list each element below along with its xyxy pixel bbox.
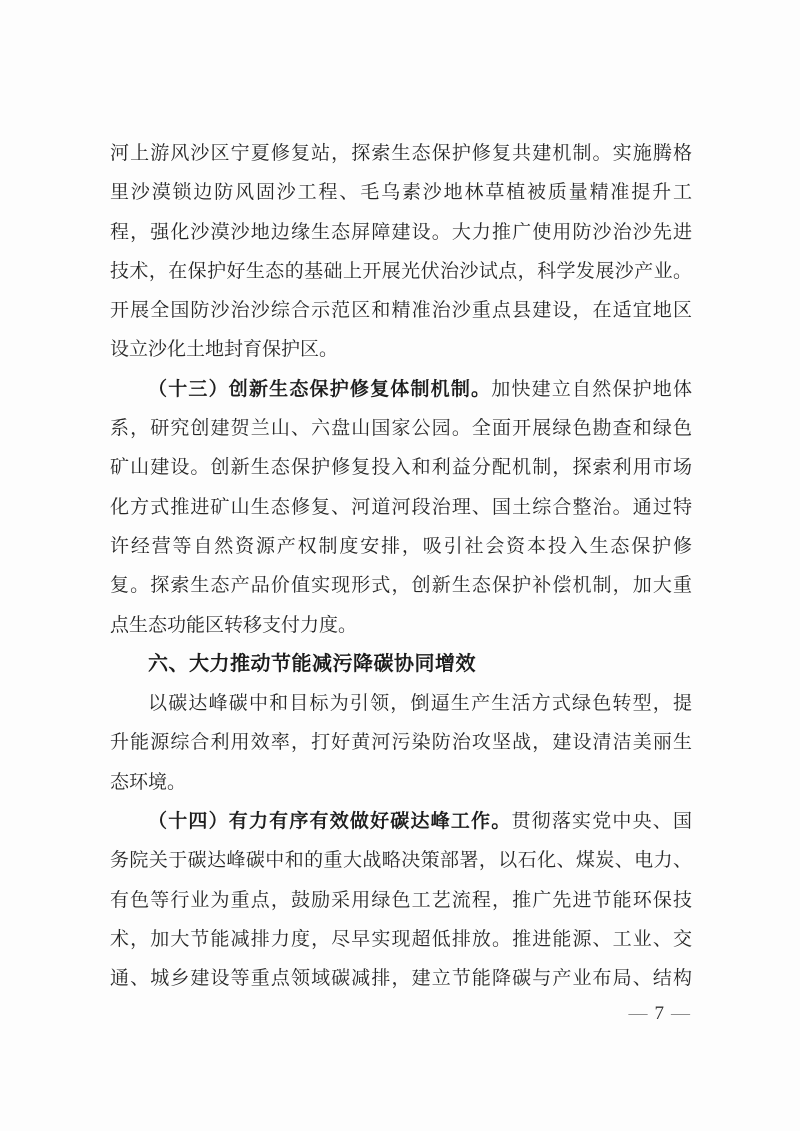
text-line: （十四）有力有序有效做好碳达峰工作。贯彻落实党中央、国 [110,802,692,841]
text-line: 里沙漠锁边防风固沙工程、毛乌素沙地林草植被质量精准提升工 [110,173,692,212]
text-line: 许经营等自然资源产权制度安排，吸引社会资本投入生态保护修 [110,527,692,566]
text-line: 复。探索生态产品价值实现形式，创新生态保护补偿机制，加大重 [110,566,692,605]
page-number-value: 7 [655,1003,665,1024]
text-line: 矿山建设。创新生态保护修复投入和利益分配机制，探索利用市场 [110,448,692,487]
paragraph-lead: （十三）创新生态保护修复体制机制。 [148,379,491,400]
section-heading: 六、大力推动节能减污降碳协同增效 [110,645,692,684]
text-line: 点生态功能区转移支付力度。 [110,606,692,645]
text-line: 通、城乡建设等重点领域碳减排，建立节能降碳与产业布局、结构 [110,959,692,998]
document-body: 河上游风沙区宁夏修复站，探索生态保护修复共建机制。实施腾格里沙漠锁边防风固沙工程… [110,134,692,999]
text-line: 化方式推进矿山生态修复、河道河段治理、国土综合整治。通过特 [110,488,692,527]
text-line: 开展全国防沙治沙综合示范区和精准治沙重点县建设，在适宜地区 [110,291,692,330]
text-line: 设立沙化土地封育保护区。 [110,330,692,369]
page-number: —7— [629,1002,691,1026]
text-line: 系，研究创建贺兰山、六盘山国家公园。全面开展绿色勘查和绿色 [110,409,692,448]
paragraph-lead: （十四）有力有序有效做好碳达峰工作。 [148,811,511,832]
text-line: 以碳达峰碳中和目标为引领，倒逼生产生活方式绿色转型，提 [110,684,692,723]
text-line: （十三）创新生态保护修复体制机制。加快建立自然保护地体 [110,370,692,409]
page-number-dash-left: — [629,1003,648,1024]
document-page: 河上游风沙区宁夏修复站，探索生态保护修复共建机制。实施腾格里沙漠锁边防风固沙工程… [0,0,800,1131]
text-line: 程，强化沙漠沙地边缘生态屏障建设。大力推广使用防沙治沙先进 [110,213,692,252]
text-line: 态环境。 [110,763,692,802]
text-line: 有色等行业为重点，鼓励采用绿色工艺流程，推广先进节能环保技 [110,881,692,920]
text-line: 务院关于碳达峰碳中和的重大战略决策部署，以石化、煤炭、电力、 [110,841,692,880]
text-line: 技术，在保护好生态的基础上开展光伏治沙试点，科学发展沙产业。 [110,252,692,291]
text-line: 河上游风沙区宁夏修复站，探索生态保护修复共建机制。实施腾格 [110,134,692,173]
text-line: 术，加大节能减排力度，尽早实现超低排放。推进能源、工业、交 [110,920,692,959]
page-number-dash-right: — [671,1003,690,1024]
text-line: 升能源综合利用效率，打好黄河污染防治攻坚战，建设清洁美丽生 [110,723,692,762]
